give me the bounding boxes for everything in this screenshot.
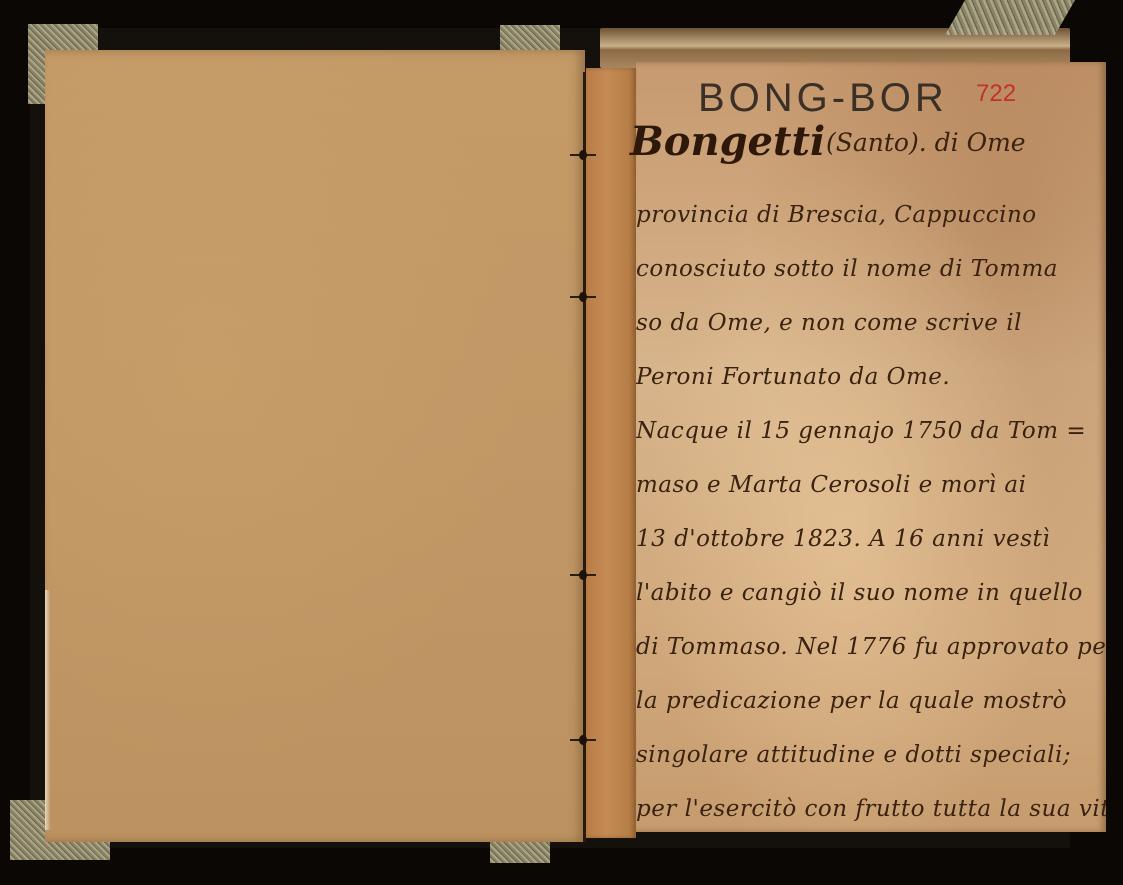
catalog-label: BONG-BOR (698, 76, 948, 121)
stitch-hole (570, 735, 596, 745)
manuscript-line: Peroni Fortunato da Ome. (636, 350, 1106, 404)
stitch-hole (570, 292, 596, 302)
corner-binding-tape (945, 0, 1075, 35)
stitch-hole (570, 570, 596, 580)
manuscript-line: per l'esercitò con frutto tutta la sua v… (636, 782, 1106, 836)
right-manuscript-page: BONG-BOR 722 Bongetti (Santo). di Ome pr… (636, 62, 1106, 832)
manuscript-line: so da Ome, e non come scrive il (636, 296, 1106, 350)
manuscript-line: la predicazione per la quale mostrò (636, 674, 1106, 728)
manuscript-line: 13 d'ottobre 1823. A 16 anni vestì (636, 512, 1106, 566)
entry-title-surname: Bongetti (630, 118, 825, 165)
manuscript-line: singolare attitudine e dotti speciali; (636, 728, 1106, 782)
folio-number: 722 (976, 80, 1016, 108)
entry-title-rest: (Santo). di Ome (826, 128, 1026, 157)
left-blank-page (45, 50, 585, 842)
gutter-fold (583, 72, 586, 842)
manuscript-line: Nacque il 15 gennajo 1750 da Tom = (636, 404, 1106, 458)
page-edge (45, 590, 51, 830)
binding-strip (586, 68, 636, 838)
manuscript-line: maso e Marta Cerosoli e morì ai (636, 458, 1106, 512)
manuscript-body: provincia di Brescia, Cappuccino conosci… (636, 188, 1106, 836)
manuscript-line: conosciuto sotto il nome di Tomma (636, 242, 1106, 296)
stitch-hole (570, 150, 596, 160)
manuscript-line: l'abito e cangiò il suo nome in quello (636, 566, 1106, 620)
manuscript-line: di Tommaso. Nel 1776 fu approvato per (636, 620, 1106, 674)
manuscript-line: provincia di Brescia, Cappuccino (636, 188, 1106, 242)
